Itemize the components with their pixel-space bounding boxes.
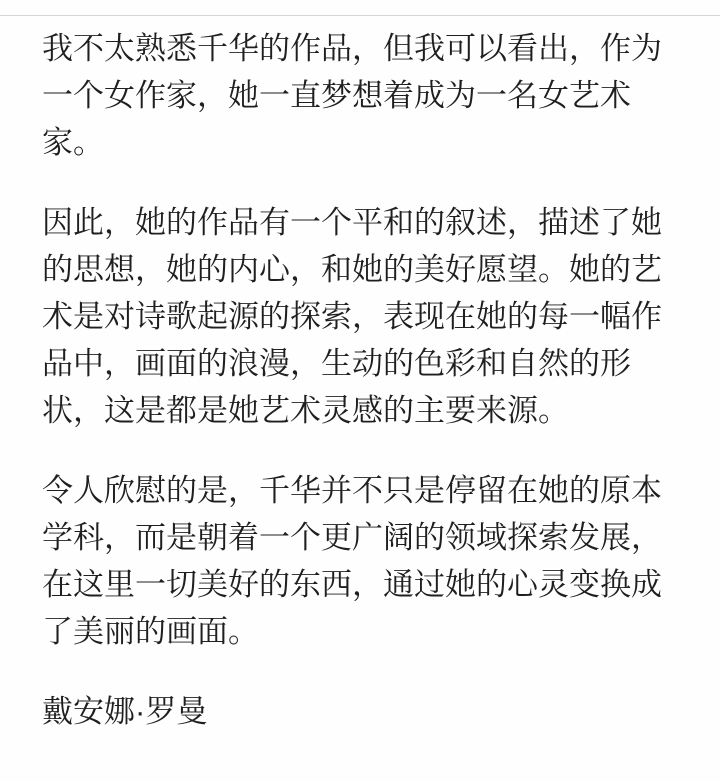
signature-block: 戴安娜·罗曼 <box>42 688 690 735</box>
text-line: 术是对诗歌起源的探索，表现在她的每一幅作 <box>42 293 690 340</box>
document-page: { "colors": { "background": "#fefefe", "… <box>0 0 720 782</box>
text-line: 学科，而是朝着一个更广阔的领域探索发展， <box>42 514 690 561</box>
signature: 戴安娜·罗曼 <box>42 688 690 735</box>
paragraph: 因此，她的作品有一个平和的叙述，描述了她 的思想，她的内心，和她的美好愿望。她的… <box>42 199 690 434</box>
text-line: 一个女作家，她一直梦想着成为一名女艺术 <box>42 72 690 119</box>
text-line: 品中，画面的浪漫，生动的色彩和自然的形 <box>42 340 690 387</box>
text-line: 的思想，她的内心，和她的美好愿望。她的艺 <box>42 246 690 293</box>
paragraph: 我不太熟悉千华的作品，但我可以看出，作为 一个女作家，她一直梦想着成为一名女艺术… <box>42 25 690 166</box>
text-line: 了美丽的画面。 <box>42 608 690 655</box>
top-divider <box>0 15 720 16</box>
paragraph: 令人欣慰的是，千华并不只是停留在她的原本 学科，而是朝着一个更广阔的领域探索发展… <box>42 467 690 655</box>
text-line: 在这里一切美好的东西，通过她的心灵变换成 <box>42 561 690 608</box>
text-line: 我不太熟悉千华的作品，但我可以看出，作为 <box>42 25 690 72</box>
text-line: 令人欣慰的是，千华并不只是停留在她的原本 <box>42 467 690 514</box>
text-line: 状，这是都是她艺术灵感的主要来源。 <box>42 387 690 434</box>
article-body: 我不太熟悉千华的作品，但我可以看出，作为 一个女作家，她一直梦想着成为一名女艺术… <box>42 25 690 735</box>
text-line: 因此，她的作品有一个平和的叙述，描述了她 <box>42 199 690 246</box>
text-line: 家。 <box>42 119 690 166</box>
